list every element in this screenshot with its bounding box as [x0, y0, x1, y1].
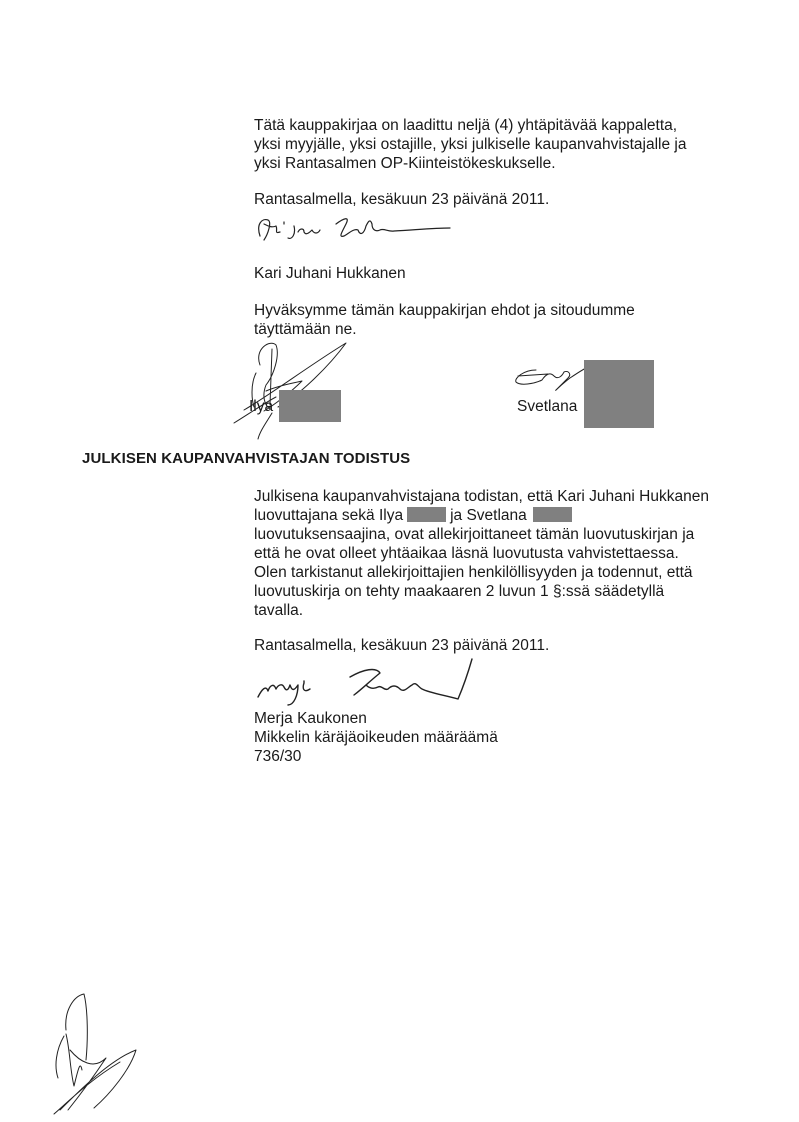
- buyer-1-first-name: Ilya: [249, 397, 273, 416]
- intro-line-1: Tätä kauppakirjaa on laadittu neljä (4) …: [254, 116, 677, 135]
- certificate-line-7: tavalla.: [254, 601, 303, 620]
- certificate-line-1: Julkisena kaupanvahvistajana todistan, e…: [254, 487, 709, 506]
- intro-line-2: yksi myyjälle, yksi ostajille, yksi julk…: [254, 135, 686, 154]
- certificate-line-2: luovuttajana sekä Ilyaja Svetlana: [254, 506, 576, 525]
- page-initials-signature: [40, 990, 140, 1120]
- seller-name: Kari Juhani Hukkanen: [254, 264, 406, 283]
- notary-number: 736/30: [254, 747, 301, 766]
- certificate-line-3: luovutuksensaajina, ovat allekirjoittane…: [254, 525, 694, 544]
- buyer-2-first-name: Svetlana: [517, 397, 577, 416]
- acceptance-line-1: Hyväksymme tämän kauppakirjan ehdot ja s…: [254, 301, 635, 320]
- certificate-line-4: että he ovat olleet yhtäaikaa läsnä luov…: [254, 544, 679, 563]
- buyer-2-surname-redaction: [584, 360, 654, 428]
- buyer-2-signature: [510, 364, 590, 394]
- inline-surname-redaction-1: [407, 507, 446, 522]
- certificate-line-5: Olen tarkistanut allekirjoittajien henki…: [254, 563, 693, 582]
- certificate-line-2-part-b: ja Svetlana: [450, 507, 527, 524]
- document-page: Tätä kauppakirjaa on laadittu neljä (4) …: [0, 0, 799, 1122]
- seller-signature: [254, 214, 454, 254]
- buyer-1-surname-redaction: [279, 390, 341, 422]
- inline-surname-redaction-2: [533, 507, 572, 522]
- certificate-line-6: luovutuskirja on tehty maakaaren 2 luvun…: [254, 582, 664, 601]
- place-date-seller: Rantasalmella, kesäkuun 23 päivänä 2011.: [254, 190, 549, 209]
- certificate-heading: JULKISEN KAUPANVAHVISTAJAN TODISTUS: [82, 450, 410, 467]
- certificate-line-2-part-a: luovuttajana sekä Ilya: [254, 507, 403, 524]
- notary-name: Merja Kaukonen: [254, 709, 367, 728]
- notary-title: Mikkelin käräjäoikeuden määräämä: [254, 728, 498, 747]
- notary-signature: [254, 655, 484, 711]
- intro-line-3: yksi Rantasalmen OP-Kiinteistökeskuksell…: [254, 154, 556, 173]
- place-date-certificate: Rantasalmella, kesäkuun 23 päivänä 2011.: [254, 636, 549, 655]
